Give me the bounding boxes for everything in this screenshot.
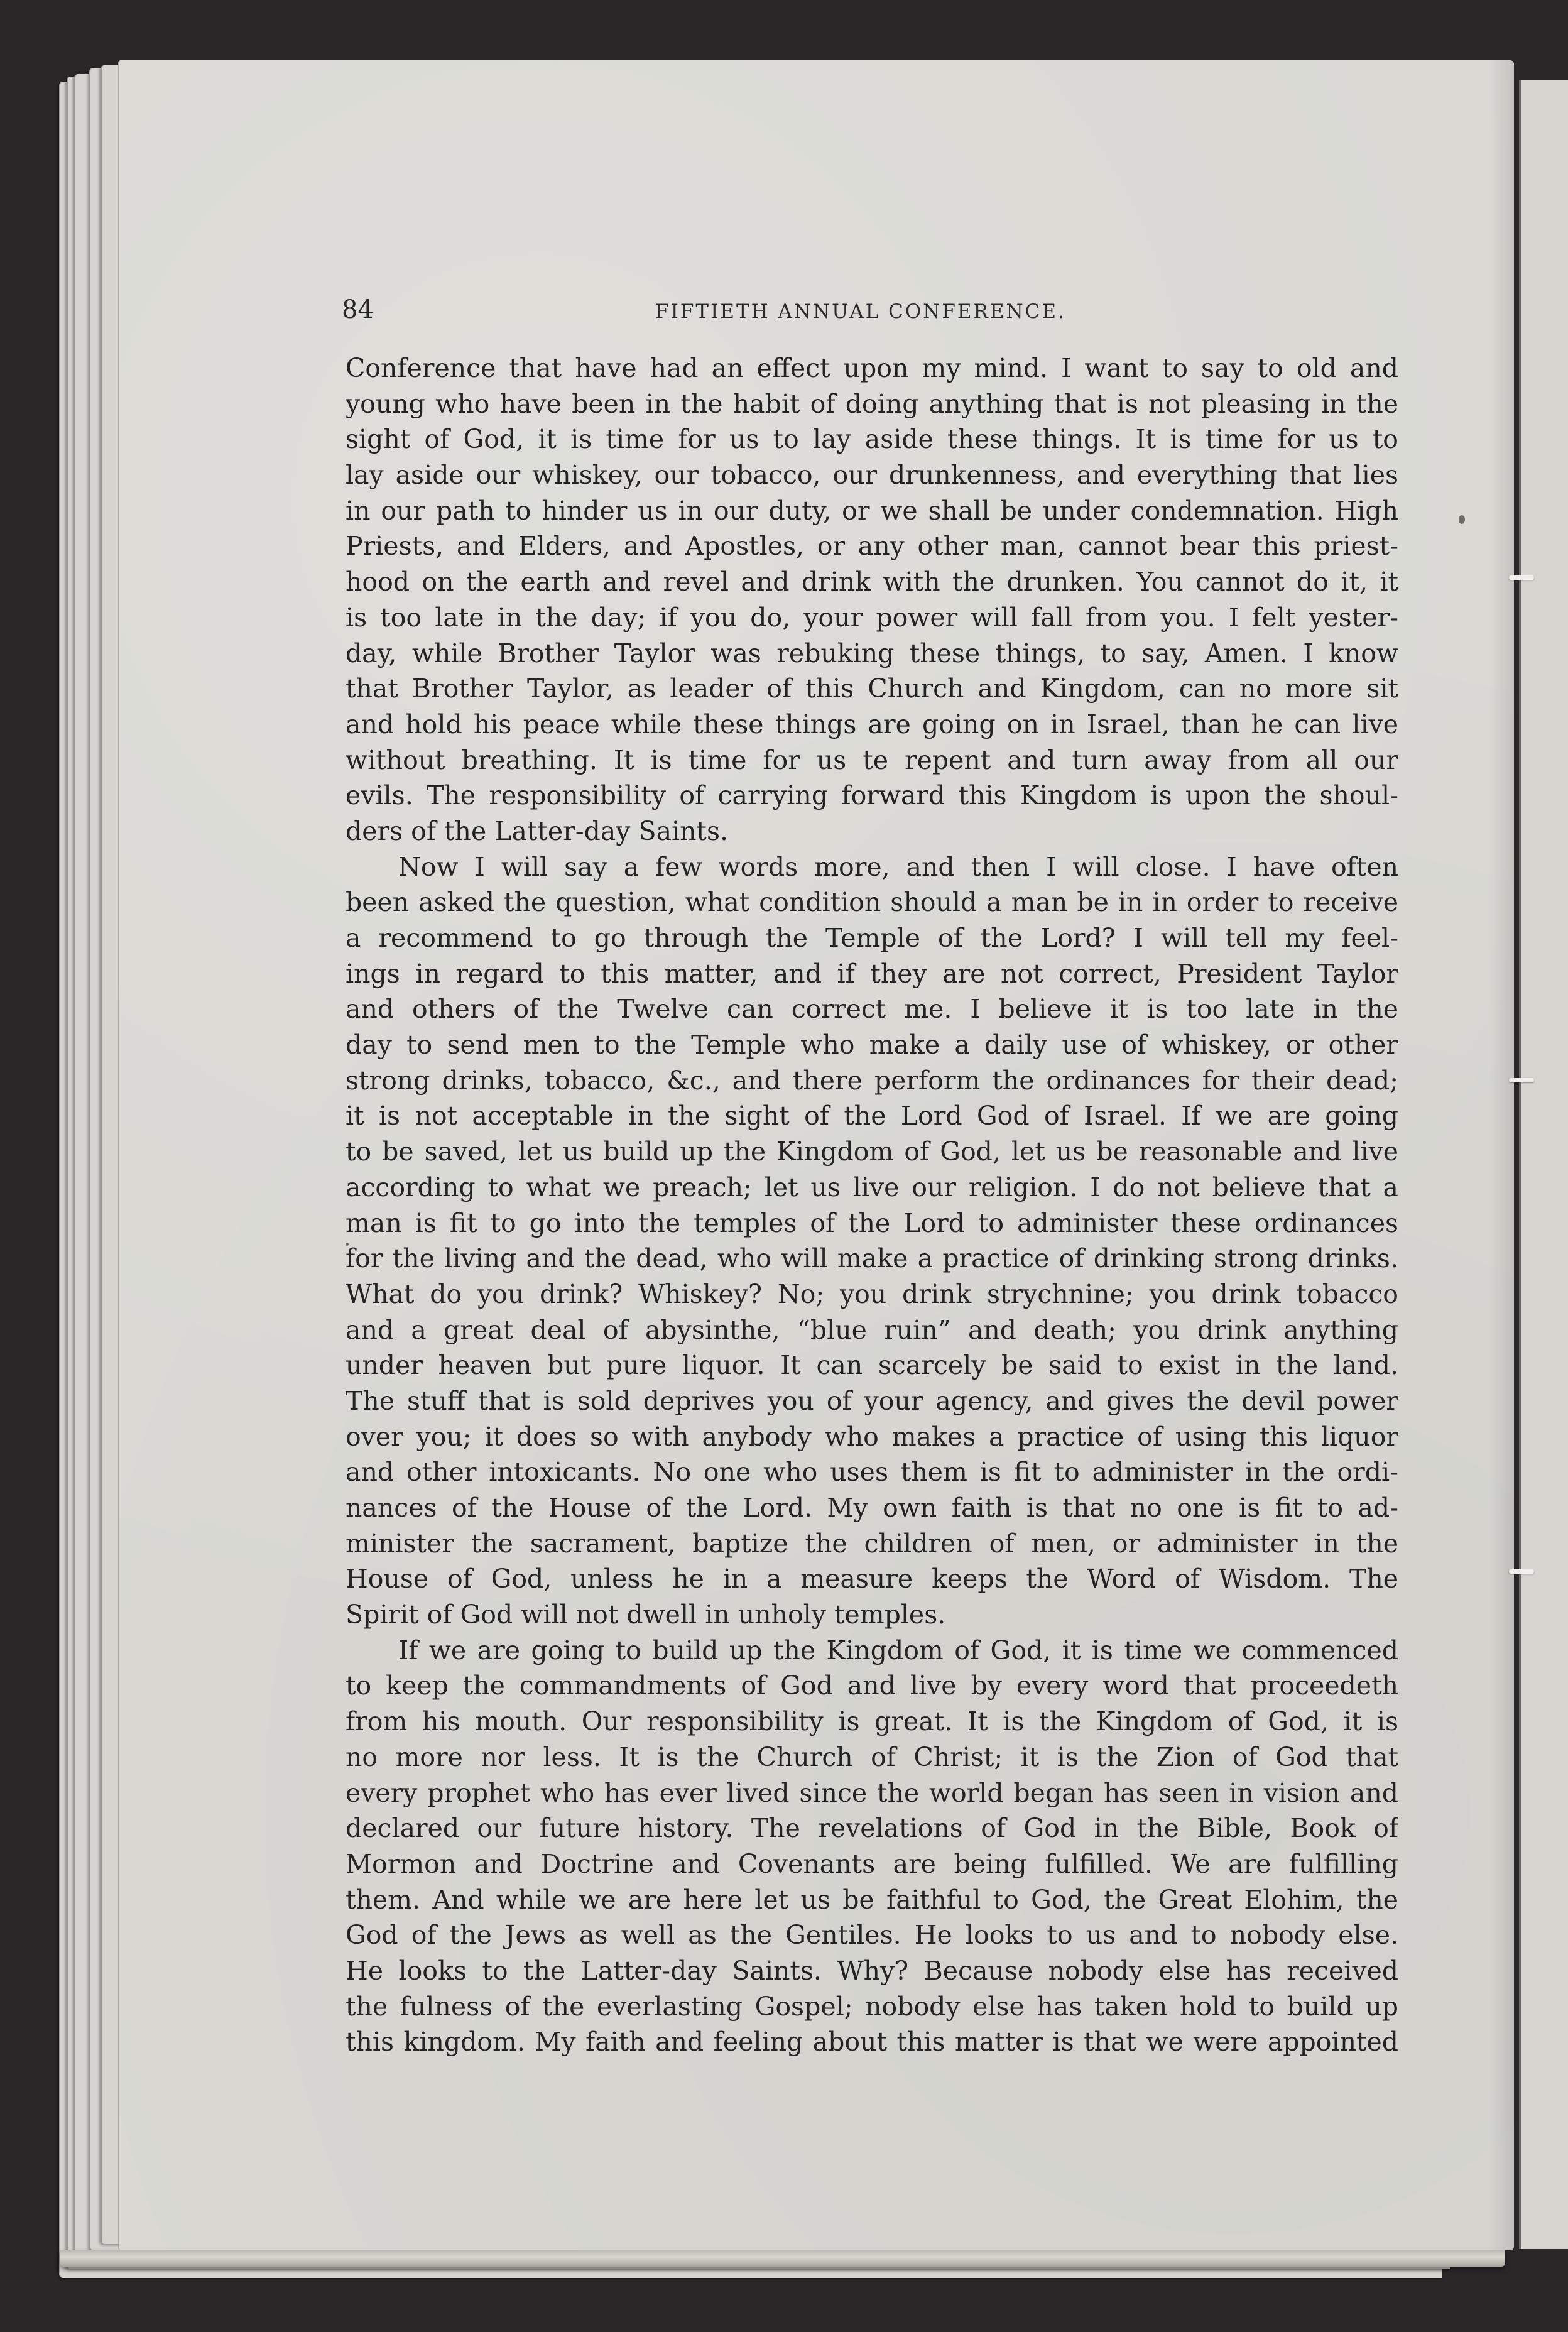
text-line: from his mouth. Our responsibility is gr… <box>346 1704 1398 1740</box>
text-line: minister the sacrament, baptize the chil… <box>346 1526 1398 1562</box>
text-line: If we are going to build up the Kingdom … <box>346 1633 1398 1669</box>
facing-page-edge <box>1519 80 1568 2249</box>
text-line: hood on the earth and revel and drink wi… <box>346 564 1398 600</box>
text-line: and others of the Twelve can correct me.… <box>346 991 1398 1027</box>
text-line: according to what we preach; let us live… <box>346 1170 1398 1206</box>
ink-speck <box>1459 515 1465 524</box>
text-line: ings in regard to this matter, and if th… <box>346 956 1398 992</box>
text-line: it is not acceptable in the sight of the… <box>346 1098 1398 1134</box>
text-line: and a great deal of abysinthe, “blue rui… <box>346 1312 1398 1348</box>
text-line: is too late in the day; if you do, your … <box>346 600 1398 636</box>
text-line: House of God, unless he in a measure kee… <box>346 1561 1398 1597</box>
text-line: every prophet who has ever lived since t… <box>346 1775 1398 1811</box>
text-line: Spirit of God will not dwell in unholy t… <box>346 1597 1398 1633</box>
text-line: under heaven but pure liquor. It can sca… <box>346 1348 1398 1383</box>
text-line: Conference that have had an effect upon … <box>346 351 1398 386</box>
text-line: that Brother Taylor, as leader of this C… <box>346 671 1398 707</box>
text-line: man is fit to go into the temples of the… <box>346 1206 1398 1241</box>
staple-icon <box>1509 1569 1534 1574</box>
text-line: strong drinks, tobacco, &c., and there p… <box>346 1063 1398 1099</box>
text-line: Priests, and Elders, and Apostles, or an… <box>346 528 1398 564</box>
text-line: to be saved, let us build up the Kingdom… <box>346 1134 1398 1170</box>
text-line: without breathing. It is time for us te … <box>346 743 1398 778</box>
text-line: the fulness of the everlasting Gospel; n… <box>346 1989 1398 2025</box>
text-line: The stuff that is sold deprives you of y… <box>346 1383 1398 1419</box>
text-line: to keep the commandments of God and live… <box>346 1668 1398 1704</box>
text-line: been asked the question, what condition … <box>346 885 1398 920</box>
text-line: them. And while we are here let us be fa… <box>346 1882 1398 1918</box>
text-line: no more nor less. It is the Church of Ch… <box>346 1740 1398 1775</box>
page-number: 84 <box>342 295 374 324</box>
text-line: evils. The responsibility of carrying fo… <box>346 778 1398 814</box>
text-line: and hold his peace while these things ar… <box>346 707 1398 743</box>
text-line: this kingdom. My faith and feeling about… <box>346 2024 1398 2060</box>
text-line: sight of God, it is time for us to lay a… <box>346 422 1398 457</box>
book-bottom-edge <box>60 2250 1505 2267</box>
text-line: God of the Jews as well as the Gentiles.… <box>346 1917 1398 1953</box>
text-line: day, while Brother Taylor was rebuking t… <box>346 636 1398 672</box>
text-line: What do you drink? Whiskey? No; you drin… <box>346 1277 1398 1312</box>
text-line: Mormon and Doctrine and Covenants are be… <box>346 1846 1398 1882</box>
text-line: for the living and the dead, who will ma… <box>346 1241 1398 1277</box>
text-line: He looks to the Latter-day Saints. Why? … <box>346 1953 1398 1989</box>
body-text: Conference that have had an effect upon … <box>346 351 1398 2060</box>
text-line: young who have been in the habit of doin… <box>346 386 1398 422</box>
text-line: Now I will say a few words more, and the… <box>346 849 1398 885</box>
staple-icon <box>1509 575 1534 580</box>
text-line: in our path to hinder us in our duty, or… <box>346 493 1398 529</box>
text-line: and other intoxicants. No one who uses t… <box>346 1454 1398 1490</box>
text-line: over you; it does so with anybody who ma… <box>346 1419 1398 1455</box>
staple-icon <box>1509 1078 1534 1082</box>
text-line: a recommend to go through the Temple of … <box>346 920 1398 956</box>
text-line: lay aside our whiskey, our tobacco, our … <box>346 457 1398 493</box>
text-line: day to send men to the Temple who make a… <box>346 1027 1398 1063</box>
text-line: declared our future history. The revelat… <box>346 1811 1398 1846</box>
running-head: FIFTIETH ANNUAL CONFERENCE. <box>421 300 1300 323</box>
text-line: ders of the Latter-day Saints. <box>346 814 1398 849</box>
gutter-shadow <box>1489 60 1514 2250</box>
text-line: nances of the House of the Lord. My own … <box>346 1490 1398 1526</box>
